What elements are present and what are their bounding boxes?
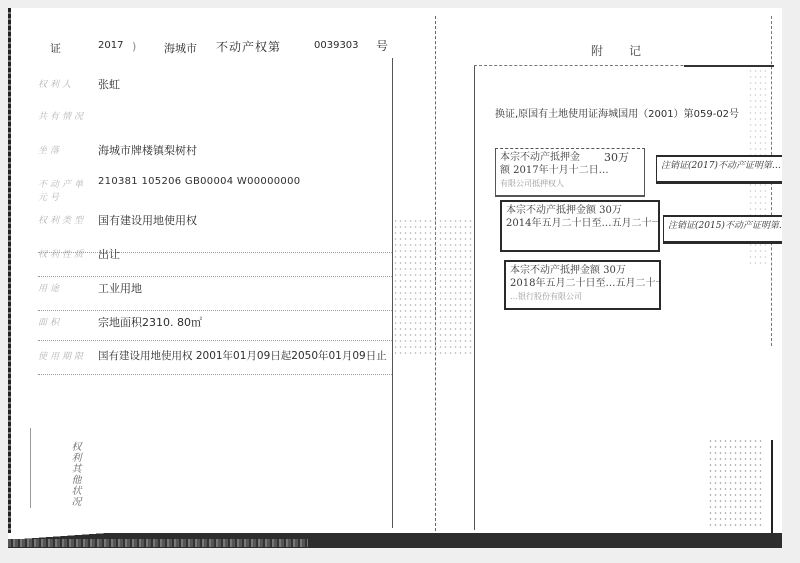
field-label: 使用期限 bbox=[38, 349, 94, 362]
scan-noise bbox=[393, 218, 473, 358]
field-label: 不动产单元号 bbox=[38, 177, 94, 203]
scan-bottom-shadow bbox=[8, 533, 782, 548]
field-area: 面积 宗地面积2310. 80㎡ bbox=[38, 314, 398, 334]
annex-title: 附记 bbox=[591, 42, 667, 59]
stamp-line: 2014年五月二十日至…五月二十一 bbox=[506, 217, 654, 230]
field-value: 宗地面积2310. 80㎡ bbox=[98, 314, 202, 330]
field-value: 工业用地 bbox=[98, 280, 142, 296]
field-right-nature: 权利性质 出让 bbox=[38, 246, 398, 266]
field-value: 海城市牌楼镇梨树村 bbox=[98, 142, 197, 158]
field-label: 权利性质 bbox=[38, 247, 94, 260]
field-label: 共有情况 bbox=[38, 109, 94, 122]
scanned-document: 证 2017 ) 海城市 不动产权第 0039303 号 权利人 张虹 共有情况… bbox=[8, 8, 782, 548]
header-suffix: 号 bbox=[376, 37, 388, 54]
mortgage-stamp: 本宗不动产抵押金额 30万 2018年五月二十日至…五月二十一 …银行股份有限公… bbox=[504, 260, 661, 310]
field-label: 面积 bbox=[38, 315, 94, 328]
certificate-number: 0039303 bbox=[314, 40, 359, 51]
stamp-amount: 30万 bbox=[604, 151, 629, 164]
header-kind: 不动产权第 bbox=[216, 38, 281, 55]
field-location: 坐落 海城市牌楼镇梨树村 bbox=[38, 142, 398, 162]
binding-edge bbox=[8, 8, 11, 548]
field-value: 国有建设用地使用权 bbox=[98, 212, 197, 228]
field-label: 用途 bbox=[38, 281, 94, 294]
field-label: 权利类型 bbox=[38, 213, 94, 226]
stamp-line: 本宗不动产抵押金额 30万 bbox=[506, 204, 654, 217]
certificate-header: 证 2017 ) 海城市 不动产权第 0039303 号 bbox=[46, 40, 406, 62]
field-value: 出让 bbox=[98, 246, 120, 262]
stamp-line: 额 2017年十月十二日… bbox=[500, 164, 640, 177]
cancellation-stamp: 注销证(2017)不动产证明第…号 bbox=[656, 155, 782, 184]
mortgage-stamp: 本宗不动产抵押金额 30万 2014年五月二十日至…五月二十一 bbox=[500, 200, 660, 252]
cancellation-stamp: 注销证(2015)不动产证明第…号 bbox=[663, 215, 782, 244]
header-bracket: ) bbox=[132, 40, 136, 53]
field-value: 210381 105206 GB00004 W00000000 bbox=[98, 176, 300, 187]
field-owner: 权利人 张虹 bbox=[38, 76, 398, 96]
header-year: 2017 bbox=[98, 40, 123, 51]
stamp-line: 本宗不动产抵押金额 30万 bbox=[510, 264, 655, 277]
field-value: 张虹 bbox=[98, 76, 120, 92]
header-prefix: 证 bbox=[50, 40, 61, 56]
field-usage: 用途 工业用地 bbox=[38, 280, 398, 300]
page-border-right bbox=[474, 65, 475, 530]
stamp-line: 有限公司抵押权人 bbox=[500, 177, 640, 190]
field-value: 国有建设用地使用权 2001年01月09日起2050年01月09日止 bbox=[98, 348, 387, 363]
stamp-line: …银行股份有限公司 bbox=[510, 290, 655, 303]
field-term: 使用期限 国有建设用地使用权 2001年01月09日起2050年01月09日止 bbox=[38, 348, 398, 368]
other-info-label: 权利其他状况 bbox=[66, 441, 80, 507]
annex-text: 换证,原国有土地使用证海城国用（2001）第059-02号 bbox=[495, 108, 770, 122]
annex-frame bbox=[474, 65, 774, 67]
mortgage-stamp: 本宗不动产抵押金 额 2017年十月十二日… 有限公司抵押权人 30万 bbox=[495, 148, 645, 197]
stamp-line: 2018年五月二十日至…五月二十一 bbox=[510, 277, 655, 290]
field-label: 坐落 bbox=[38, 143, 94, 156]
field-label: 权利人 bbox=[38, 77, 94, 90]
field-co-ownership: 共有情况 bbox=[38, 108, 398, 128]
page-edge-solid bbox=[771, 440, 773, 535]
field-unit-number: 不动产单元号 210381 105206 GB00004 W00000000 bbox=[38, 176, 398, 196]
scan-noise bbox=[708, 438, 763, 528]
header-city: 海城市 bbox=[164, 40, 197, 56]
field-right-type: 权利类型 国有建设用地使用权 bbox=[38, 212, 398, 232]
